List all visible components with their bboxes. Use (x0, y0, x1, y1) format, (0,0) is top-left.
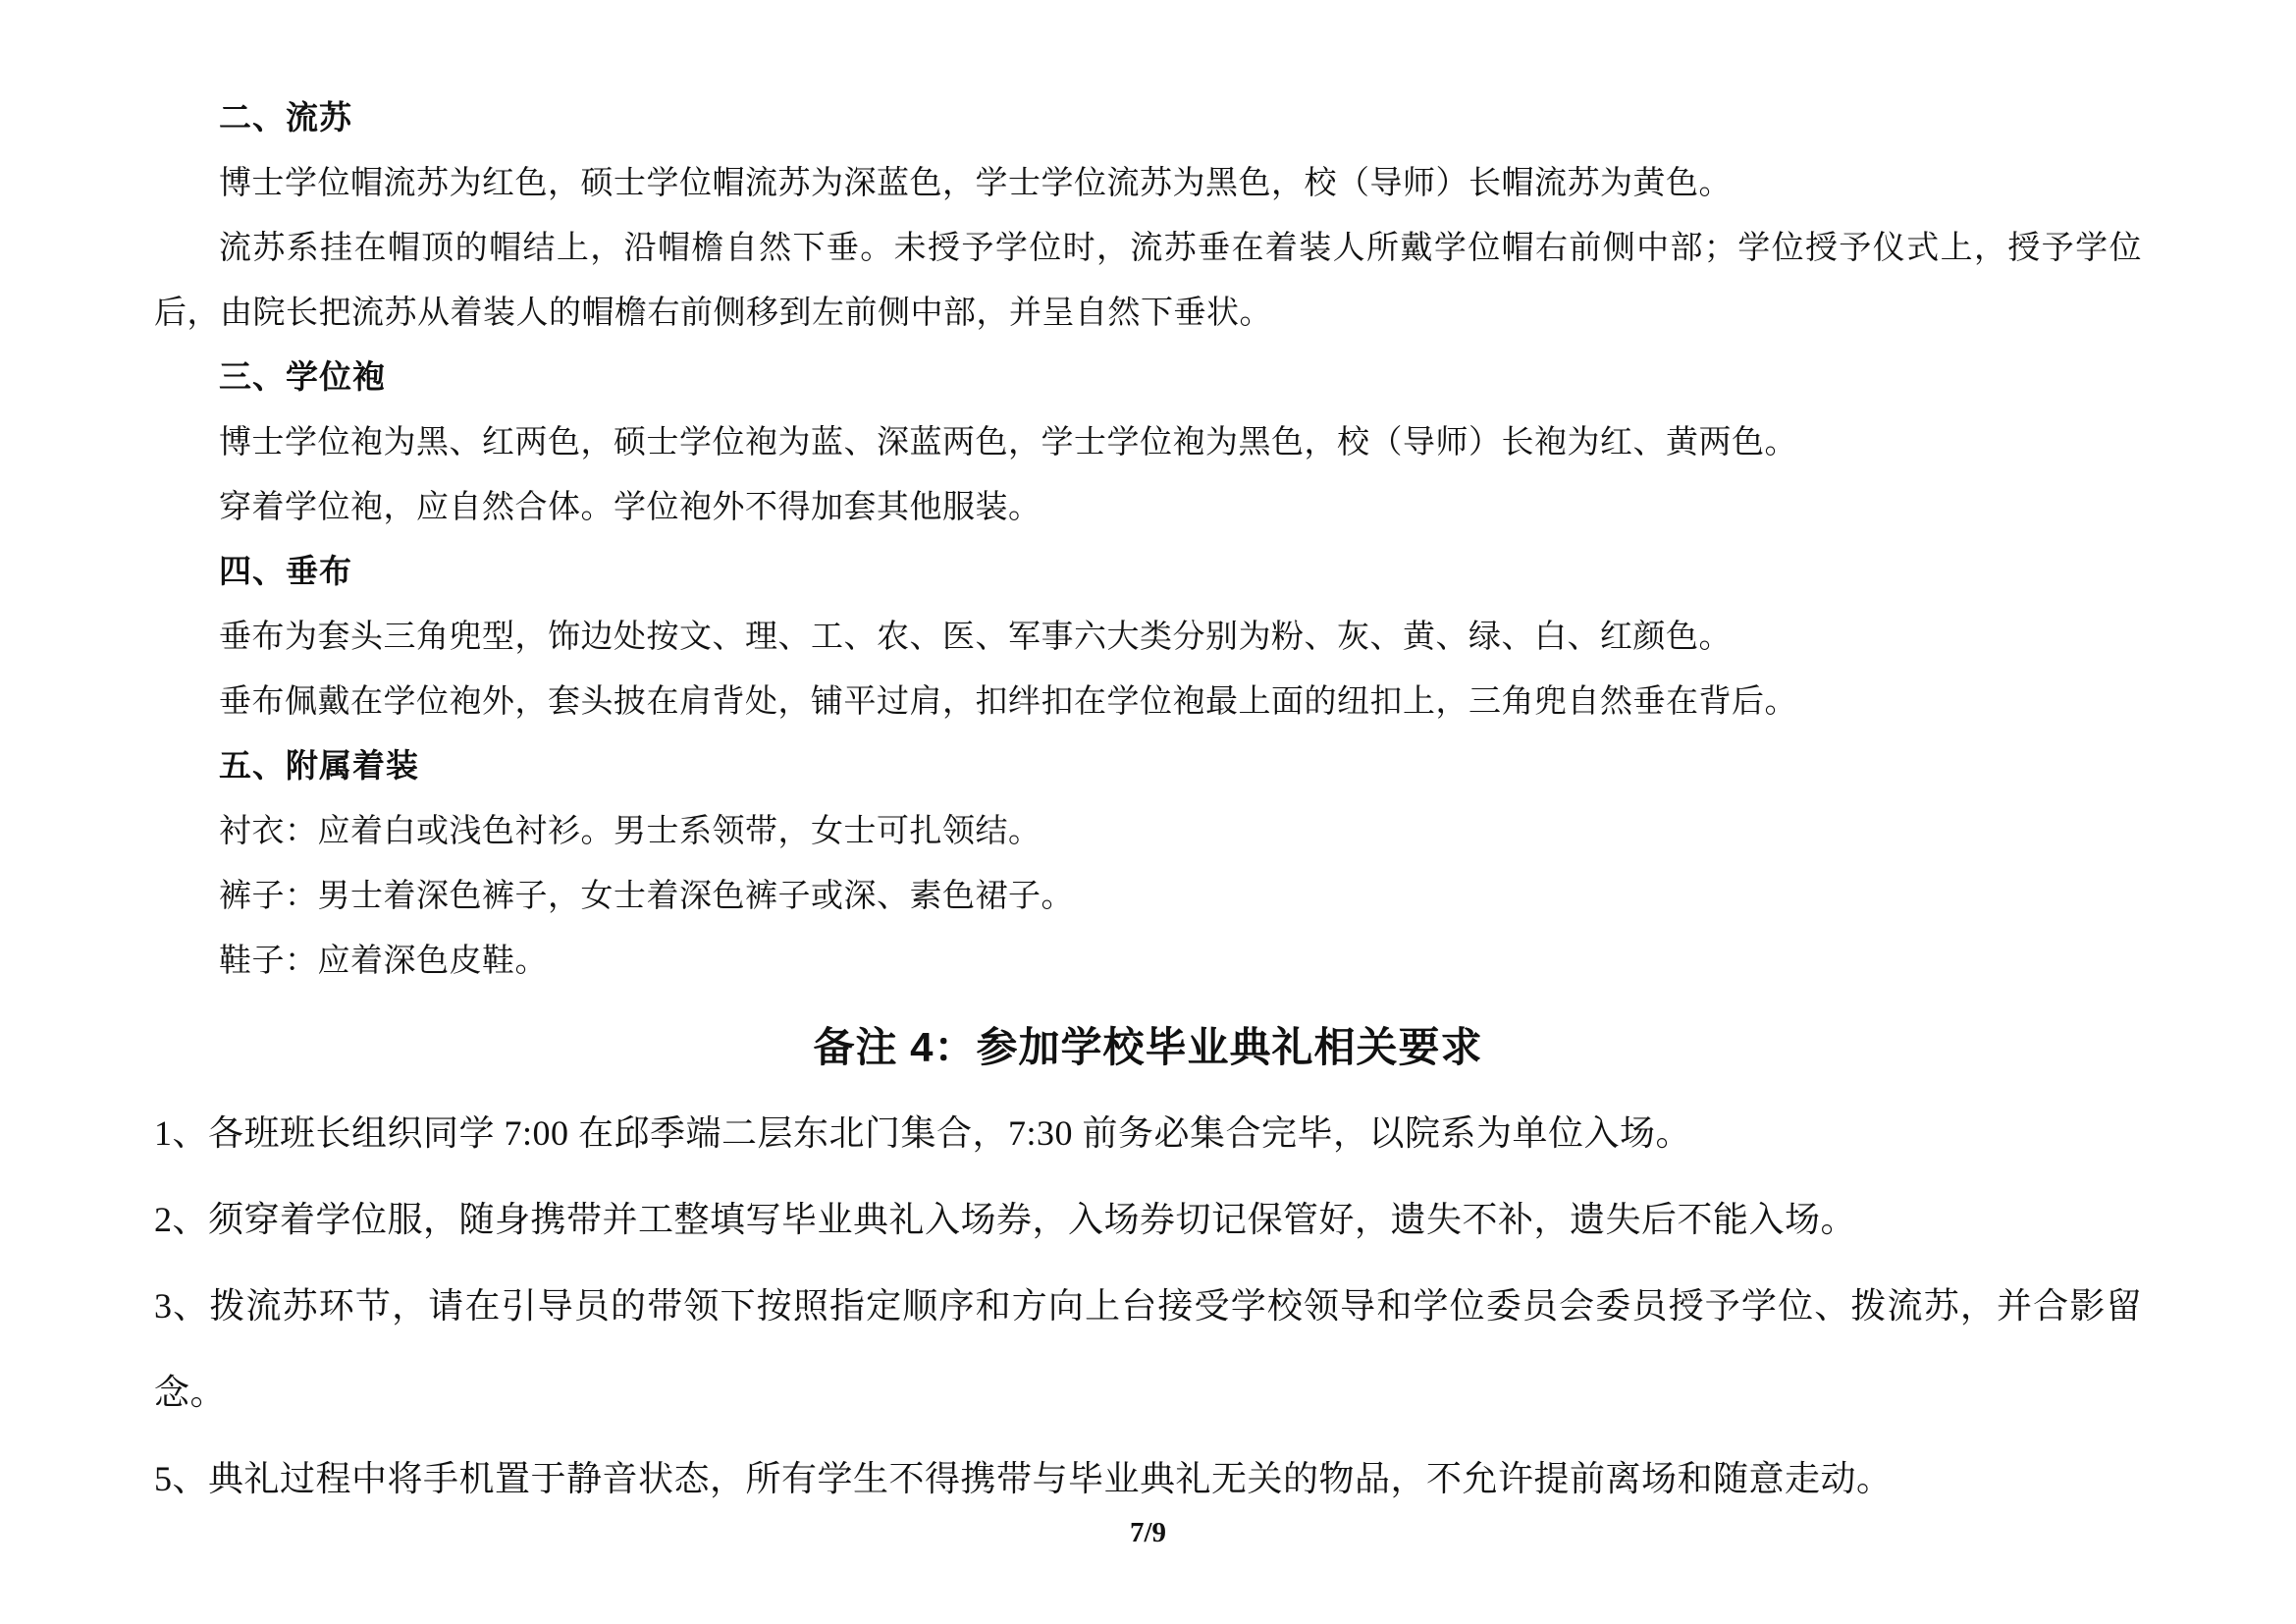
paragraph: 博士学位帽流苏为红色，硕士学位帽流苏为深蓝色，学士学位流苏为黑色，校（导师）长帽… (154, 151, 2142, 216)
paragraph: 流苏系挂在帽顶的帽结上，沿帽檐自然下垂。未授予学位时，流苏垂在着装人所戴学位帽右… (154, 216, 2142, 346)
section-heading-accessories: 五、附属着装 (154, 734, 2142, 799)
document-page: 二、流苏 博士学位帽流苏为红色，硕士学位帽流苏为深蓝色，学士学位流苏为黑色，校（… (0, 0, 2296, 1624)
paragraph: 垂布为套头三角兜型，饰边处按文、理、工、农、医、军事六大类分别为粉、灰、黄、绿、… (154, 605, 2142, 670)
section-heading-tassel: 二、流苏 (154, 86, 2142, 151)
section-heading-gown: 三、学位袍 (154, 346, 2142, 410)
page-number: 7/9 (0, 1517, 2296, 1549)
paragraph: 裤子：男士着深色裤子，女士着深色裤子或深、素色裙子。 (154, 864, 2142, 929)
notice-title: 备注 4：参加学校毕业典礼相关要求 (154, 1011, 2142, 1084)
paragraph: 垂布佩戴在学位袍外，套头披在肩背处，铺平过肩，扣绊扣在学位袍最上面的纽扣上，三角… (154, 670, 2142, 734)
paragraph: 穿着学位袍，应自然合体。学位袍外不得加套其他服装。 (154, 475, 2142, 540)
notice-item-1: 1、各班班长组织同学 7:00 在邱季端二层东北门集合，7:30 前务必集合完毕… (154, 1090, 2142, 1176)
notice-item-5: 5、典礼过程中将手机置于静音状态，所有学生不得携带与毕业典礼无关的物品，不允许提… (154, 1435, 2142, 1522)
paragraph: 衬衣：应着白或浅色衬衫。男士系领带，女士可扎领结。 (154, 799, 2142, 864)
section-heading-hood: 四、垂布 (154, 540, 2142, 605)
notice-item-3: 3、拨流苏环节，请在引导员的带领下按照指定顺序和方向上台接受学校领导和学位委员会… (154, 1263, 2142, 1435)
notice-item-2: 2、须穿着学位服，随身携带并工整填写毕业典礼入场券，入场券切记保管好，遗失不补，… (154, 1176, 2142, 1263)
paragraph: 鞋子：应着深色皮鞋。 (154, 929, 2142, 994)
document-content: 二、流苏 博士学位帽流苏为红色，硕士学位帽流苏为深蓝色，学士学位流苏为黑色，校（… (0, 0, 2296, 1522)
paragraph: 博士学位袍为黑、红两色，硕士学位袍为蓝、深蓝两色，学士学位袍为黑色，校（导师）长… (154, 410, 2142, 475)
